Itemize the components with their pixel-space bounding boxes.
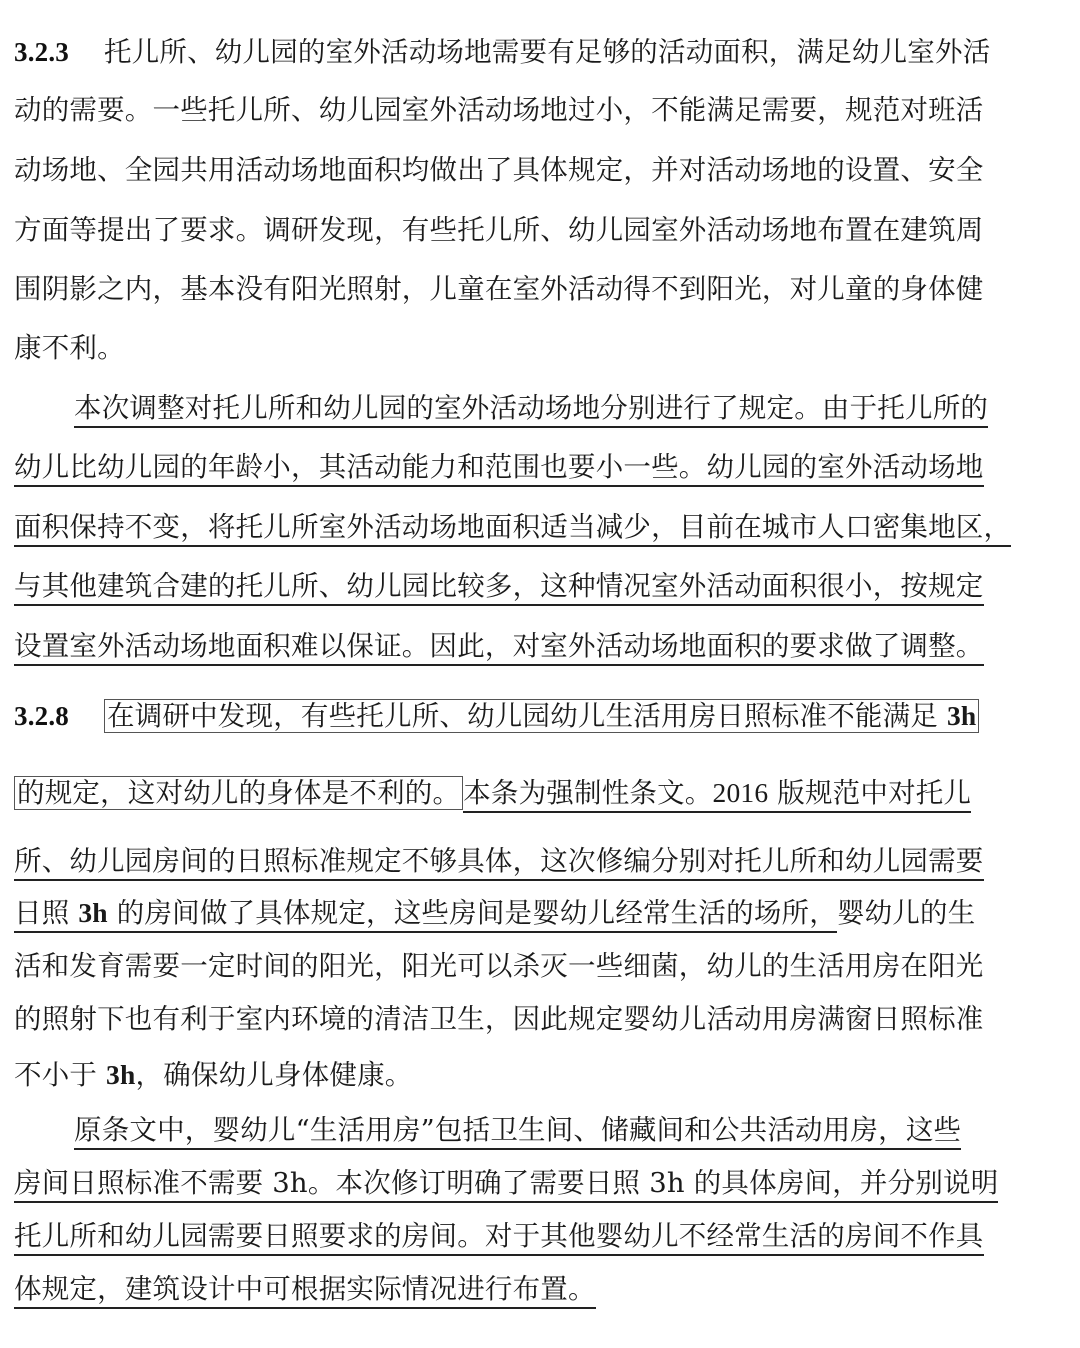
section-323-line-2: 动的需要。一些托儿所、幼儿园室外活动场地过小，不能满足需要，规范对班活	[14, 90, 984, 130]
underlined-text: 所、幼儿园房间的日照标准规定不够具体，这次修编分别对托儿所和幼儿园需要	[14, 845, 984, 881]
underlined-text: 房间日照标准不需要 3h。本次修订明确了需要日照 3h 的具体房间，并分别说明	[14, 1167, 998, 1203]
underlined-text: 日照 3h 的房间做了具体规定，这些房间是婴幼儿经常生活的场所，	[14, 897, 837, 933]
underlined-latin: 3h	[78, 897, 107, 928]
section-323-para2-line-2: 幼儿比幼儿园的年龄小，其活动能力和范围也要小一些。幼儿园的室外活动场地	[14, 447, 984, 487]
underlined-text: 设置室外活动场地面积难以保证。因此，对室外活动场地面积的要求做了调整。	[14, 630, 984, 666]
underlined-text: 原条文中，婴幼儿“生活用房”包括卫生间、储藏间和公共活动用房，这些	[74, 1114, 961, 1150]
text-line: 围阴影之内，基本没有阳光照射，儿童在室外活动得不到阳光，对儿童的身体健	[14, 273, 984, 305]
section-323-para2-line-4: 与其他建筑合建的托儿所、幼儿园比较多，这种情况室外活动面积很小，按规定	[14, 566, 984, 606]
section-328-line-5: 活和发育需要一定时间的阳光，阳光可以杀灭一些细菌，幼儿的生活用房在阳光	[14, 946, 984, 986]
section-323-line-1: 3.2.3托儿所、幼儿园的室外活动场地需要有足够的活动面积，满足幼儿室外活	[14, 32, 990, 72]
text-line: 方面等提出了要求。调研发现，有些托儿所、幼儿园室外活动场地布置在建筑周	[14, 214, 984, 246]
section-328-line-6: 的照射下也有利于室内环境的清洁卫生，因此规定婴幼儿活动用房满窗日照标准	[14, 999, 984, 1039]
underlined-latin: 2016	[713, 777, 769, 808]
underlined-cjk: 本条为强制性条文。	[463, 777, 712, 809]
text-line: ，确保幼儿身体健康。	[136, 1059, 413, 1091]
text-line: 不小于	[14, 1059, 106, 1091]
text-line: 的照射下也有利于室内环境的清洁卫生，因此规定婴幼儿活动用房满窗日照标准	[14, 1003, 984, 1035]
underlined-text: 面积保持不变，将托儿所室外活动场地面积适当减少，目前在城市人口密集地区，	[14, 511, 1011, 547]
section-323-line-6: 康不利。	[14, 328, 125, 368]
section-328-line-2: 的规定，这对幼儿的身体是不利的。本条为强制性条文。2016 版规范中对托儿	[14, 773, 971, 813]
boxed-text-cjk: 在调研中发现，有些托儿所、幼儿园幼儿生活用房日照标准不能满足	[107, 700, 947, 732]
section-328-para2-line-1: 原条文中，婴幼儿“生活用房”包括卫生间、储藏间和公共活动用房，这些	[74, 1110, 961, 1150]
text-line: 动场地、全园共用活动场地面积均做出了具体规定，并对活动场地的设置、安全	[14, 154, 984, 186]
underlined-cjk: 版规范中对托儿	[768, 777, 971, 809]
clause-number-323: 3.2.3	[14, 32, 104, 72]
section-323-para2-line-1: 本次调整对托儿所和幼儿园的室外活动场地分别进行了规定。由于托儿所的	[74, 388, 988, 428]
text-latin: 3h	[106, 1059, 135, 1090]
underlined-text: 幼儿比幼儿园的年龄小，其活动能力和范围也要小一些。幼儿园的室外活动场地	[14, 451, 984, 487]
underlined-text: 本条为强制性条文。2016 版规范中对托儿	[463, 777, 971, 813]
clause-number-328: 3.2.8	[14, 696, 104, 736]
text-line: 活和发育需要一定时间的阳光，阳光可以杀灭一些细菌，幼儿的生活用房在阳光	[14, 950, 984, 982]
text-line: 托儿所、幼儿园的室外活动场地需要有足够的活动面积，满足幼儿室外活	[104, 36, 990, 68]
section-328-para2-line-2: 房间日照标准不需要 3h。本次修订明确了需要日照 3h 的具体房间，并分别说明	[14, 1163, 998, 1203]
underlined-cjk: 的房间做了具体规定，这些房间是婴幼儿经常生活的场所，	[108, 897, 837, 929]
text-line: 康不利。	[14, 332, 125, 364]
section-323-para2-line-3: 面积保持不变，将托儿所室外活动场地面积适当减少，目前在城市人口密集地区，	[14, 507, 1011, 547]
section-323-line-3: 动场地、全园共用活动场地面积均做出了具体规定，并对活动场地的设置、安全	[14, 150, 984, 190]
text-line: 动的需要。一些托儿所、幼儿园室外活动场地过小，不能满足需要，规范对班活	[14, 94, 984, 126]
boxed-text: 在调研中发现，有些托儿所、幼儿园幼儿生活用房日照标准不能满足 3h	[104, 699, 979, 733]
section-323-para2-line-5: 设置室外活动场地面积难以保证。因此，对室外活动场地面积的要求做了调整。	[14, 626, 984, 666]
underlined-text: 与其他建筑合建的托儿所、幼儿园比较多，这种情况室外活动面积很小，按规定	[14, 570, 984, 606]
underlined-cjk: 日照	[14, 897, 78, 929]
section-323-line-4: 方面等提出了要求。调研发现，有些托儿所、幼儿园室外活动场地布置在建筑周	[14, 210, 984, 250]
section-328-para2-line-4: 体规定，建筑设计中可根据实际情况进行布置。	[14, 1269, 596, 1309]
underlined-text: 托儿所和幼儿园需要日照要求的房间。对于其他婴幼儿不经常生活的房间不作具	[14, 1220, 984, 1256]
underlined-text: 本次调整对托儿所和幼儿园的室外活动场地分别进行了规定。由于托儿所的	[74, 392, 988, 428]
section-328-line-3: 所、幼儿园房间的日照标准规定不够具体，这次修编分别对托儿所和幼儿园需要	[14, 841, 984, 881]
underlined-text: 体规定，建筑设计中可根据实际情况进行布置。	[14, 1273, 596, 1309]
section-328-line-1: 3.2.8在调研中发现，有些托儿所、幼儿园幼儿生活用房日照标准不能满足 3h	[14, 696, 979, 736]
text-line: 婴幼儿的生	[837, 897, 976, 929]
section-328-line-4: 日照 3h 的房间做了具体规定，这些房间是婴幼儿经常生活的场所，婴幼儿的生	[14, 893, 975, 933]
boxed-text-latin: 3h	[947, 700, 976, 731]
section-323-line-5: 围阴影之内，基本没有阳光照射，儿童在室外活动得不到阳光，对儿童的身体健	[14, 269, 984, 309]
section-328-line-7: 不小于 3h，确保幼儿身体健康。	[14, 1055, 413, 1095]
section-328-para2-line-3: 托儿所和幼儿园需要日照要求的房间。对于其他婴幼儿不经常生活的房间不作具	[14, 1216, 984, 1256]
boxed-text: 的规定，这对幼儿的身体是不利的。	[14, 776, 463, 810]
